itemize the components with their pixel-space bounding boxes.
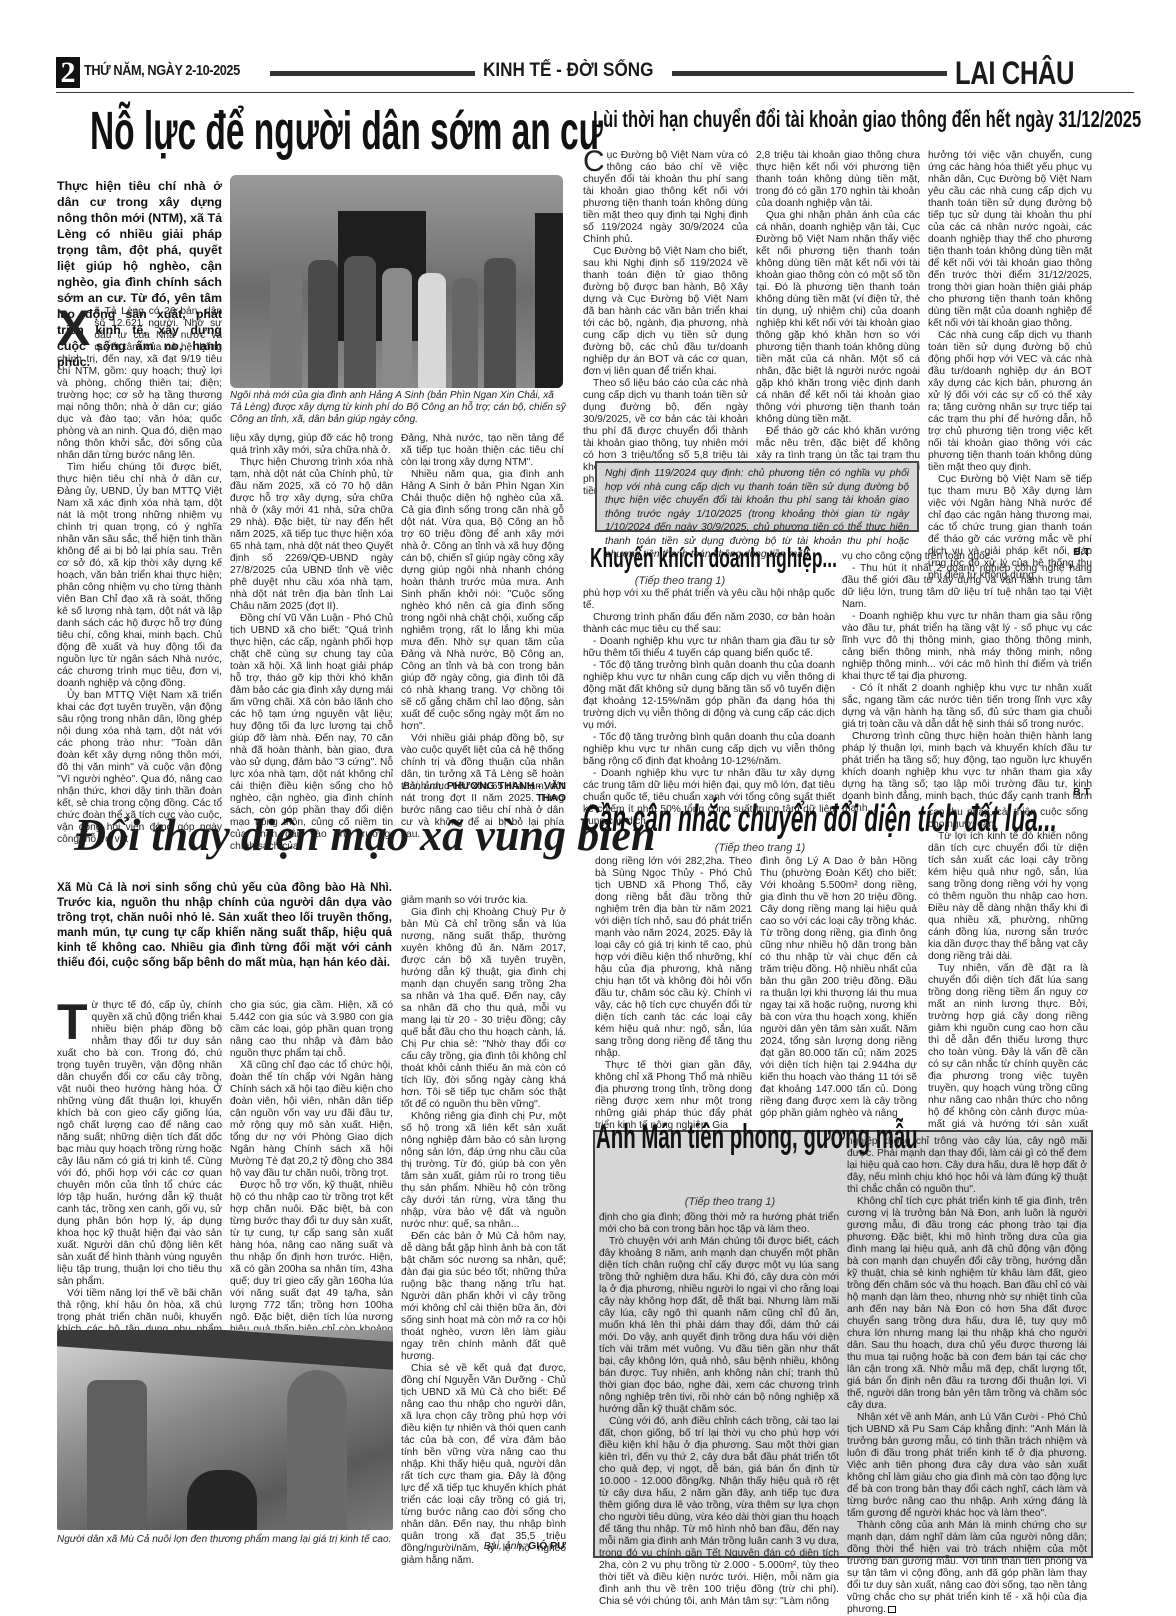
article-doanh-nghiep-col2: vụ cho công cộng trên toàn quốc. - Thu h… [842,551,1092,815]
newspaper-name: LAI CHÂU [955,55,1074,92]
headline-an-cu: Nỗ lực để người dân sớm an cư [90,100,603,162]
continued-note-3: (Tiếp theo trang 1) [650,1196,810,1208]
headline-vung-bien: Đổi thay diện mạo xã vùng biên [74,808,655,861]
article-dat-lua-col2: đình ông Lý A Dao ở bản Hồng Thu (phường… [760,856,917,1120]
headline-doanh-nghiep: Khuyến khích doanh nghiệp... [590,542,837,574]
header-rule [56,92,1134,93]
header-divider [672,71,947,76]
photo-caption-new-house: Ngôi nhà mới của gia đình anh Hảng A Sin… [230,390,566,426]
dropcap-t: T [57,1002,88,1042]
headline-giao-thong: Lùi thời hạn chuyển đổi tài khoản giao t… [593,106,1141,133]
article-anh-man-col1: định cho gia đình; đồng thời mở ra hướng… [599,1212,839,1608]
photo-pig-farming [57,1330,393,1530]
article-giao-thong-col1: C ục Đường bộ Việt Nam vừa có thông cáo … [583,150,748,498]
photo-caption-pig: Người dân xã Mù Cả nuôi lợn đen thương p… [57,1534,393,1546]
article-giao-thong-col2: 2,8 triệu tài khoản giao thông chưa thực… [756,150,920,486]
article-dat-lua-col3: cao thu nhập, cải thiện cuộc sống cho ng… [928,807,1088,1143]
page-number: 2 [56,57,80,88]
lead-vung-bien: Xã Mù Cả là nơi sinh sống chủ yếu của đồ… [57,880,392,970]
dropcap-c: C [583,150,605,174]
photo-new-house [230,175,563,388]
continued-note: (Tiếp theo trang 1) [600,575,760,587]
section-title: KINH TẾ - ĐỜI SỐNG [483,60,653,82]
end-mark-icon [888,1606,896,1613]
article-bien-col2: cho gia súc, gia cầm. Hiện, xã có 5.442 … [230,1000,393,1348]
dropcap-x: X [57,308,90,348]
article-bien-col3: giảm mạnh so với trước kia. Gia đình chị… [401,895,566,1567]
article-an-cu-col1: X ã Tả Lèng có 26 bản, dân số 12.621 ngư… [57,306,222,846]
article-dat-lua-col1: dong riềng lớn với 282,2ha. Theo bà Sùng… [595,856,752,1132]
article-giao-thong-col3: hưởng tới việc vận chuyển, cung ứng các … [928,150,1092,582]
header-divider [270,71,475,76]
article-anh-man-col2: nghiệp không chỉ trông vào cây lúa, cây … [847,1136,1087,1616]
decree-note-box: Nghị định 119/2024 quy định: chủ phương … [595,461,919,532]
article-bien-col1: T ừ thực tế đó, cấp ủy, chính quyền xã c… [57,1000,222,1372]
byline-an-cu: Bài, ảnh: PHƯƠNG THANH - VĂN THAO [401,780,566,804]
issue-date: THỨ NĂM, NGÀY 2-10-2025 [84,62,240,79]
article-doanh-nghiep-col1: phù hợp với xu thế phát triển và yêu cầu… [583,588,835,828]
signature-bt-2: B.T [1030,786,1090,798]
byline-vung-bien: Bài, ảnh: GIÓ PƯ [401,1540,566,1552]
article-an-cu-col2: liệu xây dựng, giúp đỡ các hộ trong quá … [230,433,393,853]
continued-note-2: (Tiếp theo trang 1) [680,842,840,854]
